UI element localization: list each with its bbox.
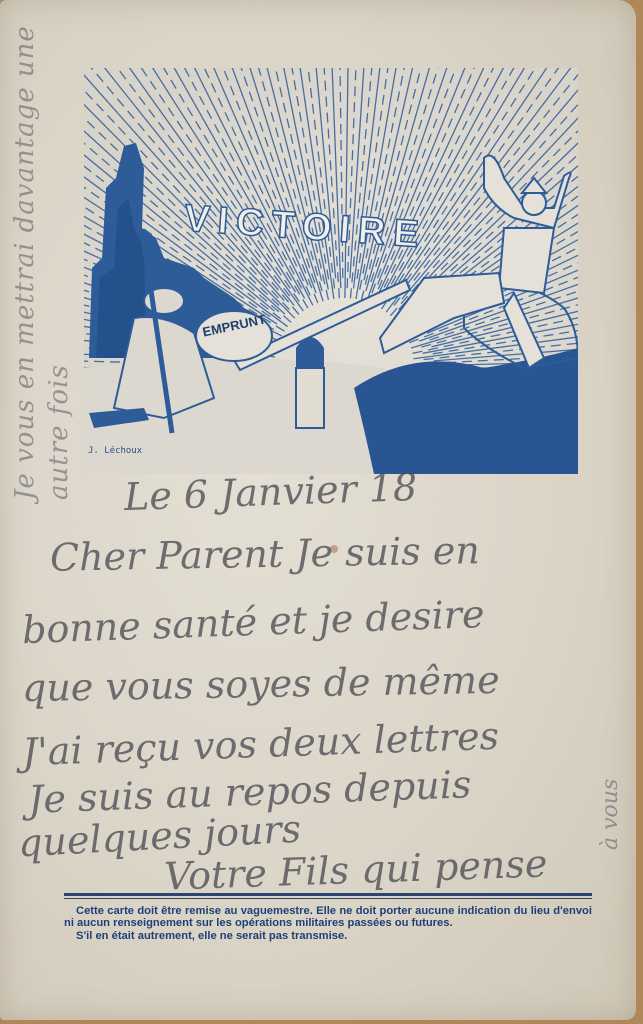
letter-line: Cher Parent Je suis en xyxy=(50,528,480,579)
postcard: Je vous en mettrai davantage une autre f… xyxy=(0,0,636,1020)
notice-text-warning: S'il en était autrement, elle ne serait … xyxy=(64,930,592,942)
letter-date: Le 6 Janvier 18 xyxy=(123,465,417,519)
illustration-drawing xyxy=(84,68,578,474)
propaganda-illustration: VICTOIRE EMPRUNT J. Léchoux xyxy=(84,68,578,474)
artist-signature: J. Léchoux xyxy=(88,446,142,456)
letter-line: bonne santé et je desire xyxy=(21,592,485,652)
censorship-notice: Cette carte doit être remise au vaguemes… xyxy=(64,893,592,942)
margin-note-right: à vous xyxy=(598,620,638,850)
notice-divider xyxy=(64,893,592,899)
notice-text-main: Cette carte doit être remise au vaguemes… xyxy=(64,905,592,930)
margin-note-left: Je vous en mettrai davantage une autre f… xyxy=(8,20,88,500)
letter-line: que vous soyes de même xyxy=(22,658,500,710)
